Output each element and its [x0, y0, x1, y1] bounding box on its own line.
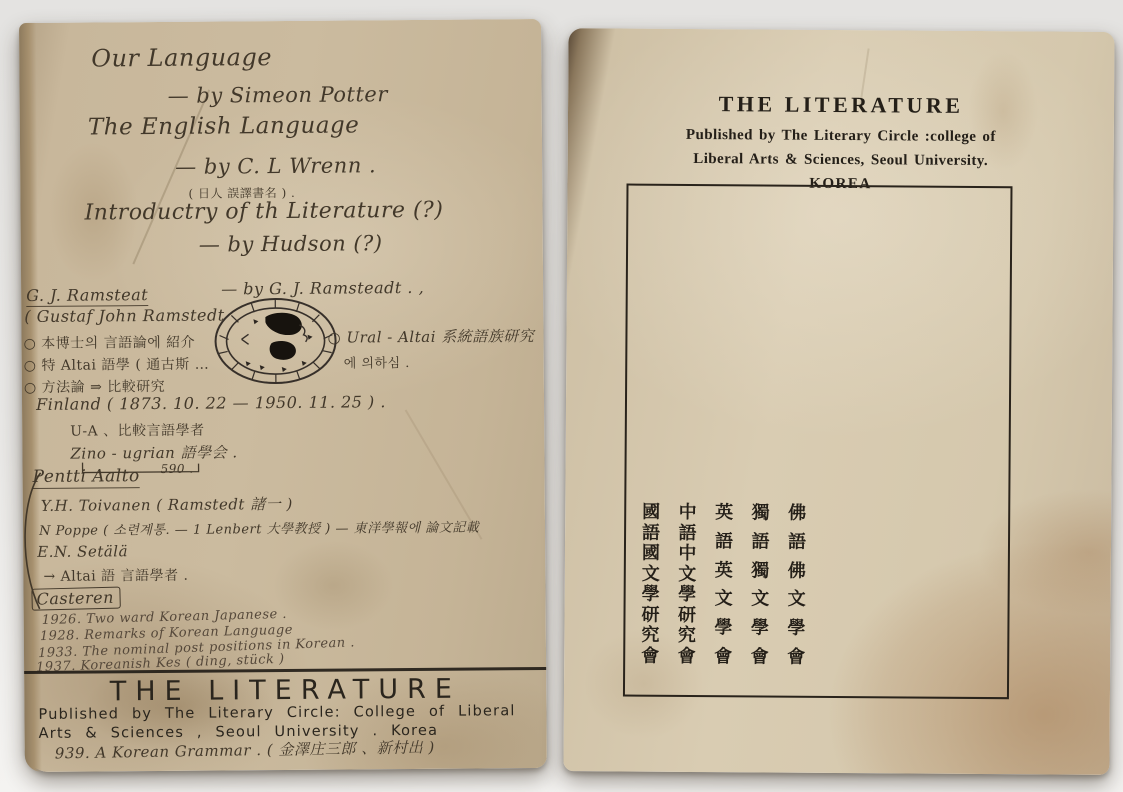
handwritten-title-our-language: Our Language — [91, 43, 272, 72]
stain — [273, 540, 394, 631]
left-printed-publisher-line1: Published by The Literary Circle: Colleg… — [24, 703, 546, 723]
cjk-character: 英 — [713, 504, 735, 522]
handwritten-casteren-boxed: Casteren — [31, 587, 121, 611]
cjk-character: 獨 — [750, 504, 772, 522]
right-printed-title: THE LITERATURE — [568, 90, 1114, 120]
handwritten-ramstedt-name: G. J. Ramsteat — [26, 285, 148, 307]
cjk-character: 會 — [712, 648, 734, 666]
cjk-character: 國 — [640, 545, 662, 563]
cjk-character: 文 — [676, 566, 698, 584]
cjk-character: 中 — [676, 545, 698, 563]
cjk-character: 究 — [639, 627, 661, 645]
handwritten-finland-dates: Finland ( 1873. 10. 22 — 1950. 11. 25 ) … — [36, 392, 386, 414]
cjk-character: 究 — [676, 627, 698, 645]
hand-drawn-oval-sketch — [211, 295, 340, 392]
cjk-character: 佛 — [786, 562, 808, 580]
photo-of-two-book-covers: Our Language — by Simeon Potter The Engl… — [0, 0, 1123, 792]
handwritten-poppe: N Poppe ( 소련계통. — 1 Lenbert 大學教授 ) — 東洋學… — [39, 516, 479, 538]
right-printed-publisher-line1: Published by The Literary Circle :colleg… — [568, 126, 1114, 147]
cjk-character: 研 — [639, 606, 661, 624]
right-printed-publisher-line2: Liberal Arts & Sciences, Seoul Universit… — [568, 150, 1114, 171]
cjk-character: 學 — [676, 586, 698, 604]
handwritten-bullet-2: ○ 特 Altai 語學 ( 通古斯 … — [24, 354, 210, 375]
society-german-lang-lit: 獨語獨文學會 — [749, 504, 772, 666]
handwritten-title-english-language: The English Language — [88, 112, 360, 140]
handwritten-ua-comparative: U-A 、比較言語學者 — [70, 420, 204, 441]
cjk-character: 語 — [786, 533, 808, 551]
cjk-character: 文 — [640, 565, 662, 583]
handwritten-author-hudson: — by Hudson (?) — [199, 231, 383, 256]
cjk-character: 學 — [712, 619, 734, 637]
handwritten-setala: E.N. Setälä — [37, 542, 128, 561]
cjk-character: 學 — [640, 586, 662, 604]
cjk-character: 會 — [639, 648, 661, 666]
handwritten-bullet-1: ○ 本博士의 言語論에 紹介 — [24, 332, 196, 353]
cjk-character: 語 — [749, 533, 771, 551]
handwritten-altai-linguist: → Altai 語 言語學者 . — [43, 565, 188, 586]
handwritten-pentti-aalto: Pentti Aalto — [33, 466, 140, 489]
cjk-character: 文 — [786, 591, 808, 609]
handwritten-title-introductry: Introductry of th Literature (?) — [84, 198, 443, 226]
cjk-character: 學 — [785, 620, 807, 638]
cjk-character: 獨 — [749, 562, 771, 580]
handwritten-author-wrenn: — by C. L Wrenn . — [175, 153, 376, 179]
society-chinese-lang-lit: 中語中文學研究會 — [676, 504, 699, 666]
society-korean-lang-lit: 國語國文學研究會 — [639, 504, 662, 666]
cjk-character: 文 — [749, 591, 771, 609]
handwritten-author-potter: — by Simeon Potter — [168, 82, 388, 108]
cjk-character: 語 — [677, 524, 699, 542]
handwritten-toivanen: Y.H. Toivanen ( Ramstedt 諸一 ) — [41, 493, 293, 516]
cjk-character: 國 — [640, 504, 662, 522]
cjk-character: 語 — [640, 524, 662, 542]
left-book-back-cover: Our Language — by Simeon Potter The Engl… — [19, 19, 547, 772]
cjk-character: 文 — [713, 591, 735, 609]
cjk-character: 學 — [749, 620, 771, 638]
cjk-character: 研 — [676, 607, 698, 625]
cjk-character: 中 — [677, 504, 699, 522]
right-book-back-cover: THE LITERATURE Published by The Literary… — [563, 28, 1114, 775]
society-english-lang-lit: 英語英文學會 — [712, 504, 735, 666]
handwritten-ural-altai-note-2: 에 의하심 . — [344, 352, 410, 372]
society-names-vertical-text: 國語國文學研究會 中語中文學研究會 英語英文學會 獨語獨文學會 佛語佛文學會 — [639, 504, 808, 667]
cjk-character: 英 — [713, 562, 735, 580]
cjk-character: 語 — [713, 533, 735, 551]
cjk-character: 佛 — [786, 505, 808, 523]
handwritten-ural-altai-note: ○ Ural - Altai 系統語族研究 — [327, 325, 534, 348]
handwritten-ramstedt-fullname: ( Gustaf John Ramstedt — [24, 305, 224, 326]
cjk-character: 會 — [676, 648, 698, 666]
cjk-character: 會 — [749, 648, 771, 666]
printed-border-box: 國語國文學研究會 中語中文學研究會 英語英文學會 獨語獨文學會 佛語佛文學會 — [623, 184, 1013, 700]
society-french-lang-lit: 佛語佛文學會 — [785, 505, 808, 667]
cjk-character: 會 — [785, 649, 807, 667]
